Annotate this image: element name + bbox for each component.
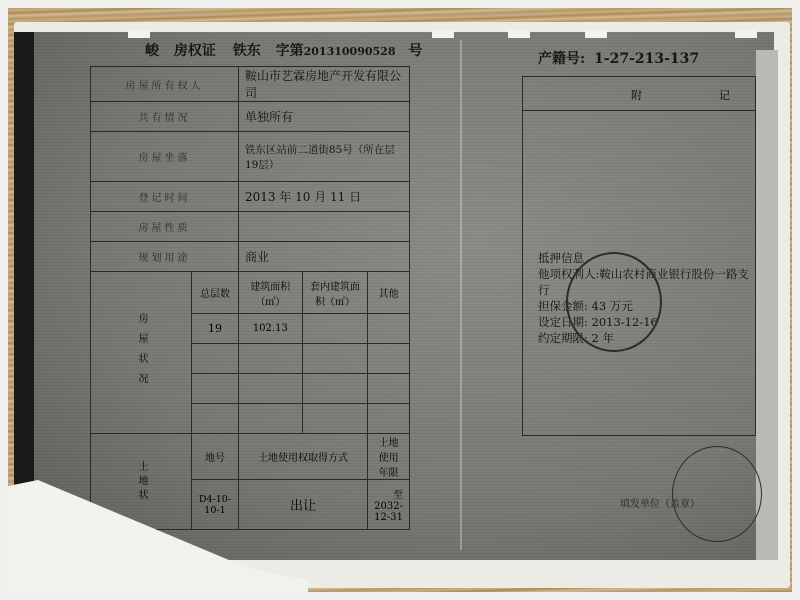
cert-prefix: 峻 [145, 43, 159, 59]
table-row: 房屋所有权人 鞍山市艺霖房地产开发有限公司 [91, 67, 410, 102]
field-value-owner: 鞍山市艺霖房地产开发有限公司 [238, 67, 409, 102]
binding-tab [128, 30, 150, 38]
col-header: 地号 [192, 434, 239, 480]
table-row: 房屋坐落 铁东区站前二道街85号（所在层19层） [91, 132, 410, 182]
binding-tab [735, 30, 757, 38]
field-label: 共有情况 [91, 102, 239, 132]
col-header: 套内建筑面积（㎡） [302, 272, 367, 314]
annex-title-right: 记 [719, 87, 730, 103]
field-label: 规划用途 [91, 242, 239, 272]
mortgage-title: 抵押信息 [538, 250, 758, 266]
cert-hao: 号 [408, 43, 422, 59]
house-status-header-row: 房屋状况 总层数 建筑面积（㎡） 套内建筑面积（㎡） 其他 [91, 272, 410, 314]
property-register-number: 产籍号: 1-27-213-137 [538, 48, 699, 68]
binding-tab [585, 30, 607, 38]
col-header: 土地使用权取得方式 [238, 434, 367, 480]
col-header: 总层数 [192, 272, 239, 314]
building-area: 102.13 [238, 314, 302, 344]
torn-paper-corner [8, 480, 308, 592]
issuer-stamp-note: 填发单位（盖章） [620, 495, 700, 510]
bank-seal-stamp-icon [566, 252, 662, 352]
col-header: 土地使用年限 [368, 434, 410, 480]
field-value-reg-date: 2013 年 10 月 11 日 [238, 182, 409, 212]
binding-tab [508, 30, 530, 38]
field-label: 登记时间 [91, 182, 239, 212]
field-value-ownership: 单独所有 [238, 102, 409, 132]
col-header: 建筑面积（㎡） [238, 272, 302, 314]
issuer-seal-stamp-icon [672, 446, 762, 542]
certificate-number-header: 峻 房权证 铁东 字第201310090528 号 [145, 40, 422, 60]
other [368, 314, 410, 344]
annex-header: 附 记 [523, 77, 755, 111]
total-floors: 19 [192, 314, 239, 344]
registration-table: 房屋所有权人 鞍山市艺霖房地产开发有限公司 共有情况 单独所有 房屋坐落 铁东区… [90, 66, 410, 530]
field-value-location: 铁东区站前二道街85号（所在层19层） [238, 132, 409, 182]
table-row: 共有情况 单独所有 [91, 102, 410, 132]
binding-tab [432, 30, 454, 38]
cert-number: 201310090528 [304, 45, 396, 58]
table-row: 登记时间 2013 年 10 月 11 日 [91, 182, 410, 212]
house-status-label: 房屋状况 [91, 272, 192, 434]
copy-shadow-edge [14, 32, 36, 512]
annex-title-left: 附 [631, 87, 642, 103]
land-use-term: 至 2032-12-31 [368, 480, 410, 530]
field-label: 房屋坐落 [91, 132, 239, 182]
register-number-label: 产籍号: [538, 51, 585, 67]
cert-type: 房权证 [174, 43, 216, 59]
land-status-header-row: 土地状 地号 土地使用权取得方式 土地使用年限 [91, 434, 410, 480]
page-fold-line [460, 40, 462, 550]
field-value-nature [238, 212, 409, 242]
cert-district: 铁东 [233, 43, 261, 59]
table-row: 房屋性质 [91, 212, 410, 242]
col-header: 其他 [368, 272, 410, 314]
field-label: 房屋性质 [91, 212, 239, 242]
cert-zidi: 字第 [276, 43, 304, 59]
inner-area [302, 314, 367, 344]
field-label: 房屋所有权人 [91, 67, 239, 102]
table-row: 规划用途 商业 [91, 242, 410, 272]
register-number-value: 1-27-213-137 [594, 51, 699, 67]
field-value-usage: 商业 [238, 242, 409, 272]
